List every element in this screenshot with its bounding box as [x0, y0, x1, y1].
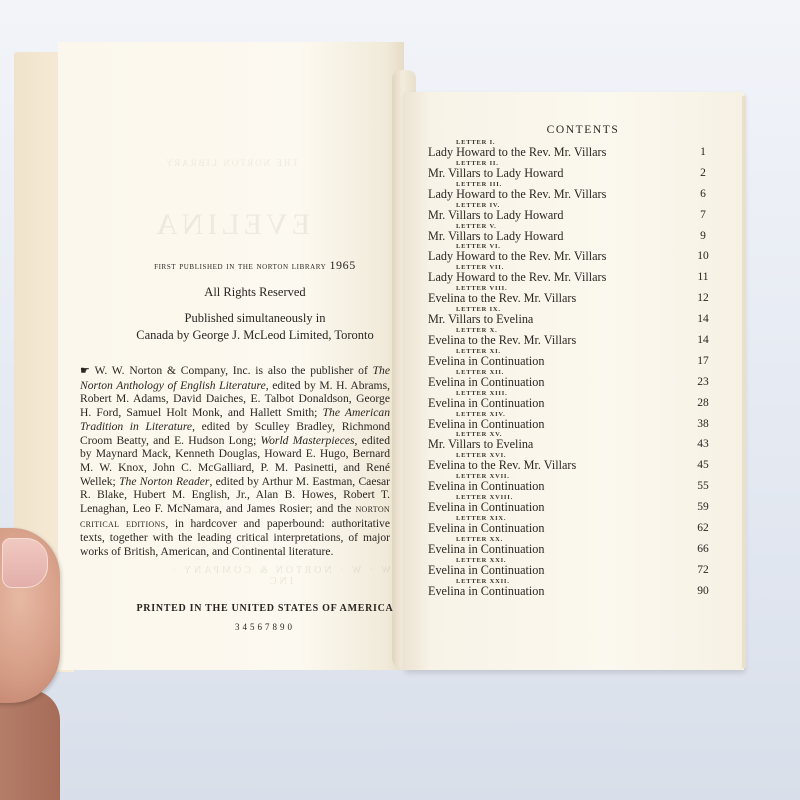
publication-year: 1965 [329, 258, 355, 272]
letter-title: Evelina in Continuation [428, 500, 544, 515]
letter-title: Evelina in Continuation [428, 542, 544, 557]
letter-title: Evelina in Continuation [428, 584, 544, 599]
contents-entry: Letter III.Lady Howard to the Rev. Mr. V… [428, 181, 728, 202]
letter-title: Evelina in Continuation [428, 521, 544, 536]
book-title: The Norton Reader [119, 475, 209, 488]
contents-entry: Letter XIX.Evelina in Continuation62 [428, 515, 728, 536]
contents-entry: Letter II.Mr. Villars to Lady Howard2 [428, 160, 728, 181]
letter-title: Evelina to the Rev. Mr. Villars [428, 291, 576, 306]
letter-title: Evelina to the Rev. Mr. Villars [428, 333, 576, 348]
page-number: 72 [688, 564, 718, 576]
letter-title: Evelina in Continuation [428, 354, 544, 369]
letter-title: Mr. Villars to Evelina [428, 437, 533, 452]
page-number: 43 [688, 438, 718, 450]
letter-title: Mr. Villars to Lady Howard [428, 229, 563, 244]
page-number: 7 [688, 209, 718, 221]
contents-entry: Letter XIV.Evelina in Continuation38 [428, 411, 728, 432]
contents-entry: Letter I.Lady Howard to the Rev. Mr. Vil… [428, 139, 728, 160]
contents-entry: Letter XVII.Evelina in Continuation55 [428, 473, 728, 494]
letter-title: Lady Howard to the Rev. Mr. Villars [428, 249, 606, 264]
pointing-hand-icon: ☛ [80, 365, 88, 377]
letter-title: Lady Howard to the Rev. Mr. Villars [428, 270, 606, 285]
letter-title: Lady Howard to the Rev. Mr. Villars [428, 187, 606, 202]
book-title: World Masterpieces [261, 434, 355, 447]
page-number: 90 [688, 585, 718, 597]
letter-title: Evelina in Continuation [428, 396, 544, 411]
first-published-line: First published in the Norton Library 19… [120, 258, 390, 273]
contents-entry: Letter VIII.Evelina to the Rev. Mr. Vill… [428, 285, 728, 306]
page-number: 9 [688, 230, 718, 242]
page-number: 45 [688, 459, 718, 471]
page-number: 62 [688, 522, 718, 534]
contents-entry: Letter XIII.Evelina in Continuation28 [428, 390, 728, 411]
letter-title: Evelina in Continuation [428, 375, 544, 390]
page-number: 55 [688, 480, 718, 492]
printed-in-line: Printed in the United States of America [135, 603, 395, 614]
contents-entry: Letter V.Mr. Villars to Lady Howard9 [428, 223, 728, 244]
page-number: 14 [688, 313, 718, 325]
contents-entry: Letter VII.Lady Howard to the Rev. Mr. V… [428, 264, 728, 285]
copyright-block: First published in the Norton Library 19… [80, 258, 390, 559]
printer-key: 34567890 [135, 622, 395, 632]
page-number: 1 [688, 146, 718, 158]
contents-entry: Letter XVIII.Evelina in Continuation59 [428, 494, 728, 515]
contents-entry: Letter IX.Mr. Villars to Evelina14 [428, 306, 728, 327]
page-number: 23 [688, 376, 718, 388]
contents-entry: Letter XV.Mr. Villars to Evelina43 [428, 431, 728, 452]
contents-entry: Letter XXII.Evelina in Continuation90 [428, 578, 728, 599]
contents-entry: Letter XX.Evelina in Continuation66 [428, 536, 728, 557]
letter-title: Evelina to the Rev. Mr. Villars [428, 458, 576, 473]
contents-entry: Letter XII.Evelina in Continuation23 [428, 369, 728, 390]
contents-entry: Letter IV.Mr. Villars to Lady Howard7 [428, 202, 728, 223]
page-number: 2 [688, 167, 718, 179]
letter-title: Evelina in Continuation [428, 479, 544, 494]
letter-title: Mr. Villars to Lady Howard [428, 166, 563, 181]
page-number: 17 [688, 355, 718, 367]
page-number: 59 [688, 501, 718, 513]
page-number: 28 [688, 397, 718, 409]
contents-entry: Letter VI.Lady Howard to the Rev. Mr. Vi… [428, 243, 728, 264]
page-number: 38 [688, 418, 718, 430]
page-number: 10 [688, 250, 718, 262]
page-number: 12 [688, 292, 718, 304]
contents-entry: Letter X.Evelina to the Rev. Mr. Villars… [428, 327, 728, 348]
all-rights-reserved: All Rights Reserved [120, 285, 390, 300]
contents-entry: Letter XXI.Evelina in Continuation72 [428, 557, 728, 578]
photo-scene: THE NORTON LIBRARY EVELINA W · W · NORTO… [0, 0, 800, 800]
bleed-through-title: THE NORTON LIBRARY EVELINA [58, 150, 404, 242]
letter-title: Lady Howard to the Rev. Mr. Villars [428, 145, 606, 160]
page-number: 66 [688, 543, 718, 555]
right-page-edge [742, 96, 746, 668]
table-of-contents: Contents Letter I.Lady Howard to the Rev… [428, 124, 728, 599]
page-number: 11 [688, 271, 718, 283]
contents-entries: Letter I.Lady Howard to the Rev. Mr. Vil… [428, 139, 728, 599]
hand-palm [0, 690, 60, 800]
page-number: 14 [688, 334, 718, 346]
thumbnail [2, 538, 48, 588]
letter-title: Mr. Villars to Lady Howard [428, 208, 563, 223]
publisher-note: ☛ W. W. Norton & Company, Inc. is also t… [80, 364, 390, 559]
contents-entry: Letter XVI.Evelina to the Rev. Mr. Villa… [428, 452, 728, 473]
bleed-through-imprint: W · W · NORTON & COMPANY · INC [160, 565, 400, 587]
canada-publication-note: Published simultaneously in Canada by Ge… [120, 310, 390, 344]
page-number: 6 [688, 188, 718, 200]
letter-title: Mr. Villars to Evelina [428, 312, 533, 327]
contents-heading: Contents [438, 124, 728, 136]
contents-entry: Letter XI.Evelina in Continuation17 [428, 348, 728, 369]
letter-title: Evelina in Continuation [428, 417, 544, 432]
letter-title: Evelina in Continuation [428, 563, 544, 578]
